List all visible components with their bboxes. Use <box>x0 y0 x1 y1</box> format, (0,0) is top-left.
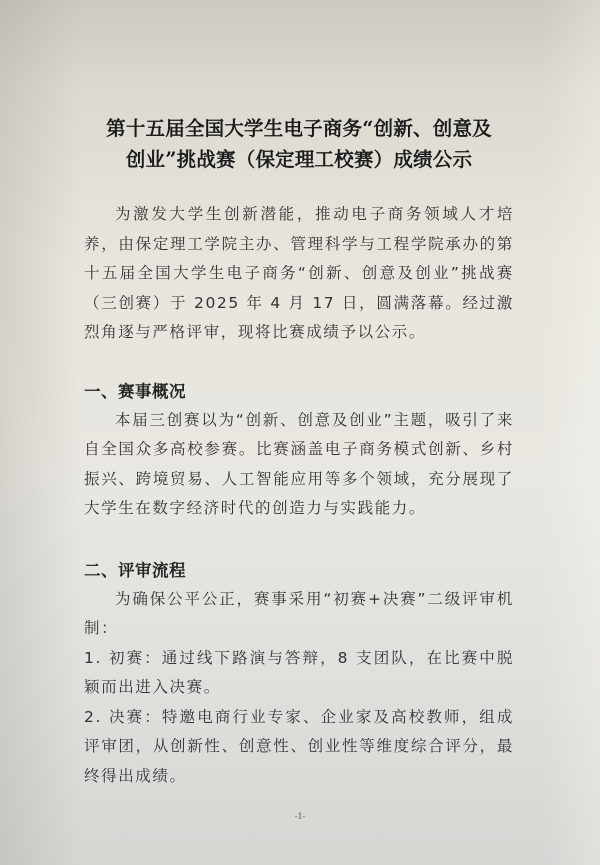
overview-paragraph: 本届三创赛以为“创新、创意及创业”主题，吸引了来自全国众多高校参赛。比赛涵盖电子… <box>84 406 514 524</box>
review-intro-paragraph: 为确保公平公正，赛事采用“初赛+决赛”二级评审机制： <box>84 585 514 644</box>
review-step-preliminary: 1. 初赛：通过线下路演与答辩，8 支团队，在比赛中脱颖而出进入决赛。 <box>84 644 514 703</box>
review-step-final: 2. 决赛：特邀电商行业专家、企业家及高校教师，组成评审团，从创新性、创意性、创… <box>84 703 514 792</box>
document-title: 第十五届全国大学生电子商务“创新、创意及 创业”挑战赛（保定理工校赛）成绩公示 <box>84 113 514 175</box>
title-line-2: 创业”挑战赛（保定理工校赛）成绩公示 <box>126 148 472 171</box>
document-page: 第十五届全国大学生电子商务“创新、创意及 创业”挑战赛（保定理工校赛）成绩公示 … <box>84 113 514 791</box>
title-line-1: 第十五届全国大学生电子商务“创新、创意及 <box>106 117 492 140</box>
page-number: -1- <box>0 812 600 821</box>
section-heading-review-process: 二、评审流程 <box>84 557 514 585</box>
paper-shadow-left <box>0 0 80 865</box>
intro-paragraph: 为激发大学生创新潜能，推动电子商务领域人才培养，由保定理工学院主办、管理科学与工… <box>84 200 514 348</box>
section-heading-overview: 一、赛事概况 <box>84 378 514 406</box>
paper-highlight-right <box>540 0 600 865</box>
